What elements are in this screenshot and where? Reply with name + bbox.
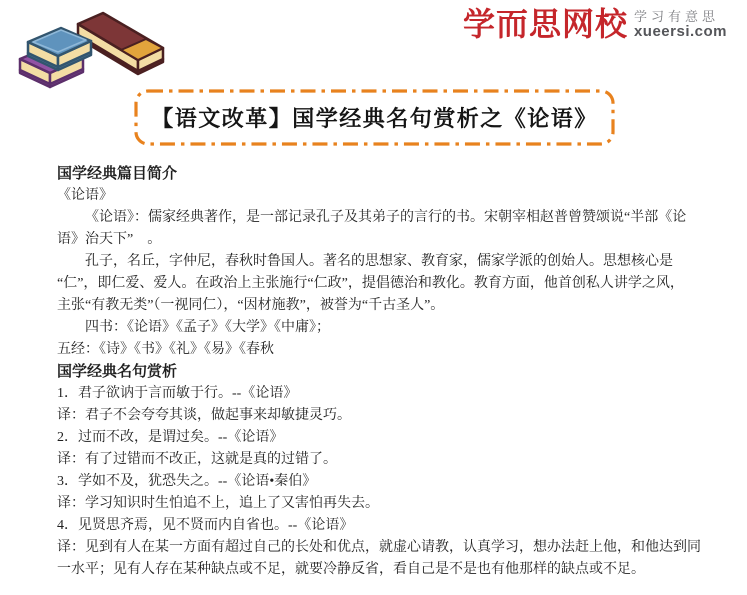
text-line: 2．过而不改，是谓过矣。--《论语》 bbox=[57, 427, 717, 449]
text-line: 3．学如不及，犹恐失之。--《论语•秦伯》 bbox=[57, 471, 717, 493]
stacked-books-icon bbox=[6, 4, 184, 92]
text-line: 1．君子欲讷于言而敏于行。--《论语》 bbox=[57, 383, 717, 405]
logo-side-block: 学习有意思 xueersi.com bbox=[634, 9, 727, 40]
text-line: 主张“有教无类”（一视同仁），“因材施教”，被誉为“千古圣人”。 bbox=[57, 295, 717, 317]
logo-brand-text: 学而思网校 bbox=[463, 8, 628, 40]
text-line: 译：见到有人在某一方面有超过自己的长处和优点，就虚心请教，认真学习，想办法赶上他… bbox=[57, 537, 717, 559]
site-logo: 学而思网校 学习有意思 xueersi.com bbox=[463, 8, 727, 40]
text-line: 国学经典名句赏析 bbox=[57, 361, 717, 383]
text-line: 译：学习知识时生怕追不上，追上了又害怕再失去。 bbox=[57, 493, 717, 515]
document-title-box: 【语文改革】国学经典名句赏析之《论语》 bbox=[134, 89, 615, 146]
text-line: 译：君子不会夸夸其谈，做起事来却敏捷灵巧。 bbox=[57, 405, 717, 427]
text-line: “仁”，即仁爱、爱人。在政治上主张施行“仁政”，提倡德治和教化。教育方面，他首创… bbox=[57, 273, 717, 295]
text-line: 四书：《论语》《孟子》《大学》《中庸》； bbox=[57, 317, 717, 339]
text-line: 语》治天下” 。 bbox=[57, 229, 717, 251]
text-line: 孔子，名丘，字仲尼，春秋时鲁国人。著名的思想家、教育家，儒家学派的创始人。思想核… bbox=[57, 251, 717, 273]
text-line: 4．见贤思齐焉，见不贤而内自省也。--《论语》 bbox=[57, 515, 717, 537]
text-line: 五经：《诗》《书》《礼》《易》《春秋 bbox=[57, 339, 717, 361]
text-line: 国学经典篇目简介 bbox=[57, 163, 717, 185]
document-body: 国学经典篇目简介《论语》《论语》：儒家经典著作，是一部记录孔子及其弟子的言行的书… bbox=[57, 163, 717, 581]
text-line: 一水平；见有人存在某种缺点或不足，就要冷静反省，看自己是不是也有他那样的缺点或不… bbox=[57, 559, 717, 581]
page-title: 【语文改革】国学经典名句赏析之《论语》 bbox=[134, 89, 615, 146]
text-line: 《论语》：儒家经典著作，是一部记录孔子及其弟子的言行的书。宋朝宰相赵普曾赞颂说“… bbox=[57, 207, 717, 229]
logo-domain: xueersi.com bbox=[634, 24, 727, 40]
logo-tagline: 学习有意思 bbox=[634, 9, 727, 24]
text-line: 《论语》 bbox=[57, 185, 717, 207]
text-line: 译：有了过错而不改正，这就是真的过错了。 bbox=[57, 449, 717, 471]
